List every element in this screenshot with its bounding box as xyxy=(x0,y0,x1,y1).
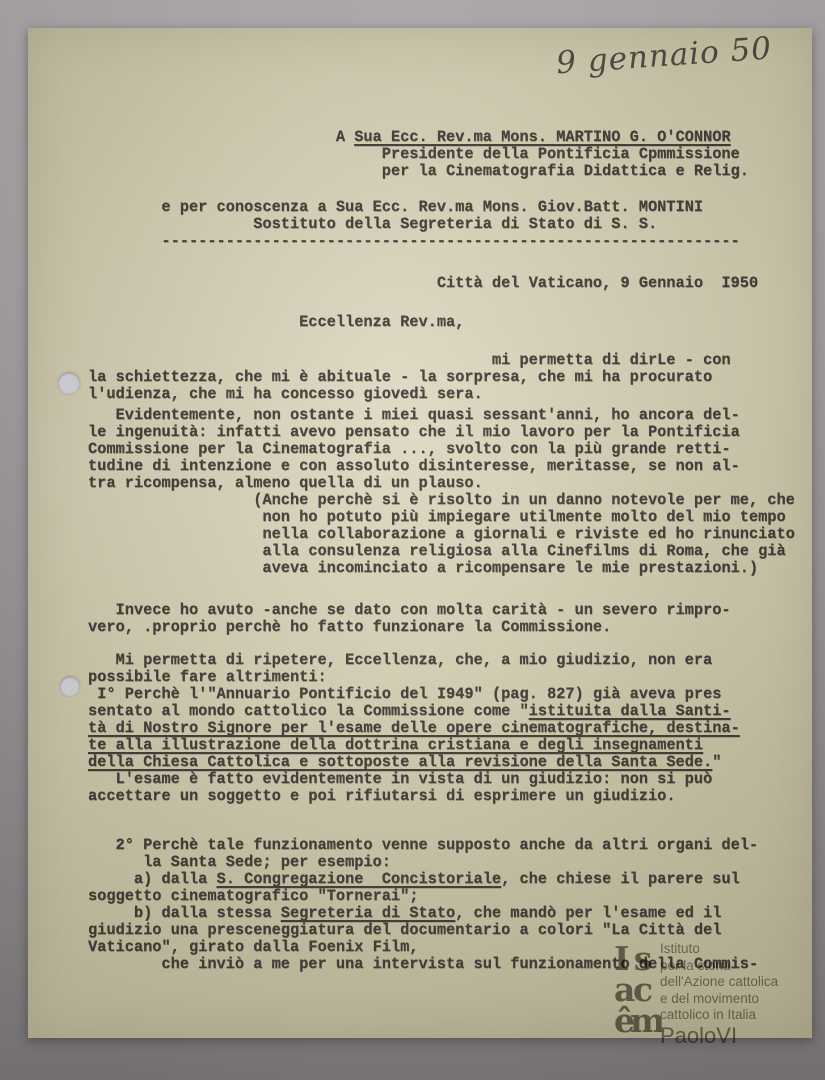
text: giudizio una presceneggiatura del docume… xyxy=(88,921,721,939)
text: soggetto cinematografico "Tornerai"; xyxy=(88,887,418,905)
letter-line: Evidentemente, non ostante i miei quasi … xyxy=(88,407,788,424)
letter-line: Eccellenza Rev.ma, xyxy=(88,314,788,331)
underlined-text: te alla illustrazione della dottrina cri… xyxy=(88,736,703,754)
letter-line: ----------------------------------------… xyxy=(88,233,788,250)
text: Evidentemente, non ostante i miei quasi … xyxy=(116,406,740,424)
text: non ho potuto più impiegare utilmente mo… xyxy=(262,508,785,526)
watermark-line: dell'Azione cattolica xyxy=(660,974,778,991)
letter-line: Presidente della Pontificia Cpmmissione xyxy=(88,146,788,163)
letter-line: vero, .proprio perchè ho fatto funzionar… xyxy=(88,619,788,636)
text: Sostituto della Segreteria di Stato di S… xyxy=(253,215,657,233)
text: la Santa Sede; per esempio: xyxy=(143,853,391,871)
text: tra ricompensa, almeno quella di un plau… xyxy=(88,474,483,492)
text: le ingenuità: infatti avevo pensato che … xyxy=(88,423,740,441)
letter-line: per la Cinematografia Didattica e Relig. xyxy=(88,163,788,180)
letter-line: le ingenuità: infatti avevo pensato che … xyxy=(88,424,788,441)
text: Eccellenza Rev.ma, xyxy=(299,313,464,331)
letter-line: L'esame è fatto evidentemente in vista d… xyxy=(88,771,788,788)
handwritten-date: 9 gennaio 50 xyxy=(555,27,825,82)
text: Commissione per la Cinematografia ..., s… xyxy=(88,440,731,458)
letter-line: Commissione per la Cinematografia ..., s… xyxy=(88,441,788,458)
text: , che mandò per l'esame ed il xyxy=(455,904,721,922)
letter-line: a) dalla S. Congregazione Concistoriale,… xyxy=(88,871,788,888)
photo-background: 9 gennaio 50 A Sua Ecc. Rev.ma Mons. MAR… xyxy=(0,0,825,1080)
text: Città del Vaticano, 9 Gennaio I950 xyxy=(437,274,758,292)
text: Vaticano", girato dalla Foenix Film, xyxy=(88,938,418,956)
text: , che chiese il parere sul xyxy=(501,870,740,888)
letter-line: A Sua Ecc. Rev.ma Mons. MARTINO G. O'CON… xyxy=(88,129,788,146)
document-page: 9 gennaio 50 A Sua Ecc. Rev.ma Mons. MAR… xyxy=(28,28,812,1038)
letter-line: mi permetta di dirLe - con xyxy=(88,352,788,369)
letter-line: Invece ho avuto -anche se dato con molta… xyxy=(88,602,788,619)
letter-line: Città del Vaticano, 9 Gennaio I950 xyxy=(88,275,788,292)
letter-line: nella collaborazione a giornali e rivist… xyxy=(88,526,788,543)
isacem-logo-letter: c xyxy=(630,976,656,1007)
letter-line: aveva incominciato a ricompensare le mie… xyxy=(88,560,788,577)
letter-line: b) dalla stessa Segreteria di Stato, che… xyxy=(88,905,788,922)
text: sentato al mondo cattolico la Commission… xyxy=(88,702,529,720)
underlined-text: istituita dalla Santi- xyxy=(529,702,731,720)
underlined-text: Segreteria di Stato xyxy=(281,904,455,922)
underlined-text: della Chiesa Cattolica e sottoposte alla… xyxy=(88,753,712,771)
letter-line: alla consulenza religiosa alla Cinefilms… xyxy=(88,543,788,560)
letter-line: 2° Perchè tale funzionamento venne suppo… xyxy=(88,837,788,854)
text: l'udienza, che mi ha concesso giovedì se… xyxy=(88,385,483,403)
letter-line: (Anche perchè si è risolto in un danno n… xyxy=(88,492,788,509)
text: Presidente della Pontificia Cpmmissione xyxy=(382,145,740,163)
text: possibile fare altrimenti: xyxy=(88,668,327,686)
letter-line: accettare un soggetto e poi rifiutarsi d… xyxy=(88,788,788,805)
punch-hole-top xyxy=(58,372,80,394)
letter-line: giudizio una presceneggiatura del docume… xyxy=(88,922,788,939)
text: che inviò a me per una intervista sul fu… xyxy=(161,955,758,973)
letter-line: l'udienza, che mi ha concesso giovedì se… xyxy=(88,386,788,403)
letter-line: la Santa Sede; per esempio: xyxy=(88,854,788,871)
text: (Anche perchè si è risolto in un danno n… xyxy=(253,491,795,509)
watermark-line: e del movimento xyxy=(660,991,778,1008)
underlined-text: Sua Ecc. Rev.ma Mons. MARTINO G. O'CONNO… xyxy=(354,128,730,146)
text: vero, .proprio perchè ho fatto funzionar… xyxy=(88,618,611,636)
letter-line: soggetto cinematografico "Tornerai"; xyxy=(88,888,788,905)
letter-line: possibile fare altrimenti: xyxy=(88,669,788,686)
isacem-logo-letter: a xyxy=(614,976,629,1007)
text: a) dalla xyxy=(134,870,217,888)
text: alla consulenza religiosa alla Cinefilms… xyxy=(262,542,785,560)
text: 2° Perchè tale funzionamento venne suppo… xyxy=(116,836,759,854)
letter-line: I° Perchè l'"Annuario Pontificio del I94… xyxy=(88,686,788,703)
letter-line: tra ricompensa, almeno quella di un plau… xyxy=(88,475,788,492)
letter-line: che inviò a me per una intervista sul fu… xyxy=(88,956,788,973)
letter-line: Vaticano", girato dalla Foenix Film, xyxy=(88,939,788,956)
letter-body: A Sua Ecc. Rev.ma Mons. MARTINO G. O'CON… xyxy=(88,129,788,973)
text: Mi permetta di ripetere, Eccellenza, che… xyxy=(116,651,713,669)
letter-line: Sostituto della Segreteria di Stato di S… xyxy=(88,216,788,233)
text: tudine di intenzione e con assoluto disi… xyxy=(88,457,740,475)
text: b) dalla stessa xyxy=(134,904,281,922)
watermark-brand: PaoloVI xyxy=(660,1025,778,1047)
text: L'esame è fatto evidentemente in vista d… xyxy=(116,770,713,788)
text: per la Cinematografia Didattica e Relig. xyxy=(382,162,749,180)
text: I° Perchè l'"Annuario Pontificio del I94… xyxy=(97,685,721,703)
letter-line: la schiettezza, che mi è abituale - la s… xyxy=(88,369,788,386)
letter-line: sentato al mondo cattolico la Commission… xyxy=(88,703,788,720)
text: Invece ho avuto -anche se dato con molta… xyxy=(116,601,731,619)
isacem-logo-letter: ê xyxy=(614,1007,629,1038)
letter-line: te alla illustrazione della dottrina cri… xyxy=(88,737,788,754)
letter-line: della Chiesa Cattolica e sottoposte alla… xyxy=(88,754,788,771)
isacem-logo-letter: m xyxy=(630,1007,656,1038)
text: ----------------------------------------… xyxy=(161,232,739,250)
text: la schiettezza, che mi è abituale - la s… xyxy=(88,368,712,386)
text: e per conoscenza a Sua Ecc. Rev.ma Mons.… xyxy=(161,198,703,216)
underlined-text: S. Congregazione Concistoriale xyxy=(217,870,502,888)
punch-hole-bottom xyxy=(60,676,80,696)
text: accettare un soggetto e poi rifiutarsi d… xyxy=(88,787,676,805)
text: mi permetta di dirLe - con xyxy=(492,351,731,369)
letter-line: Mi permetta di ripetere, Eccellenza, che… xyxy=(88,652,788,669)
watermark-line: cattolico in Italia xyxy=(660,1007,778,1024)
text: A xyxy=(336,128,354,146)
letter-line: tudine di intenzione e con assoluto disi… xyxy=(88,458,788,475)
text: nella collaborazione a giornali e rivist… xyxy=(262,525,794,543)
text: aveva incominciato a ricompensare le mie… xyxy=(262,559,758,577)
text: " xyxy=(712,753,721,771)
letter-line: non ho potuto più impiegare utilmente mo… xyxy=(88,509,788,526)
letter-line: tà di Nostro Signore per l'esame delle o… xyxy=(88,720,788,737)
letter-line: e per conoscenza a Sua Ecc. Rev.ma Mons.… xyxy=(88,199,788,216)
underlined-text: tà di Nostro Signore per l'esame delle o… xyxy=(88,719,740,737)
